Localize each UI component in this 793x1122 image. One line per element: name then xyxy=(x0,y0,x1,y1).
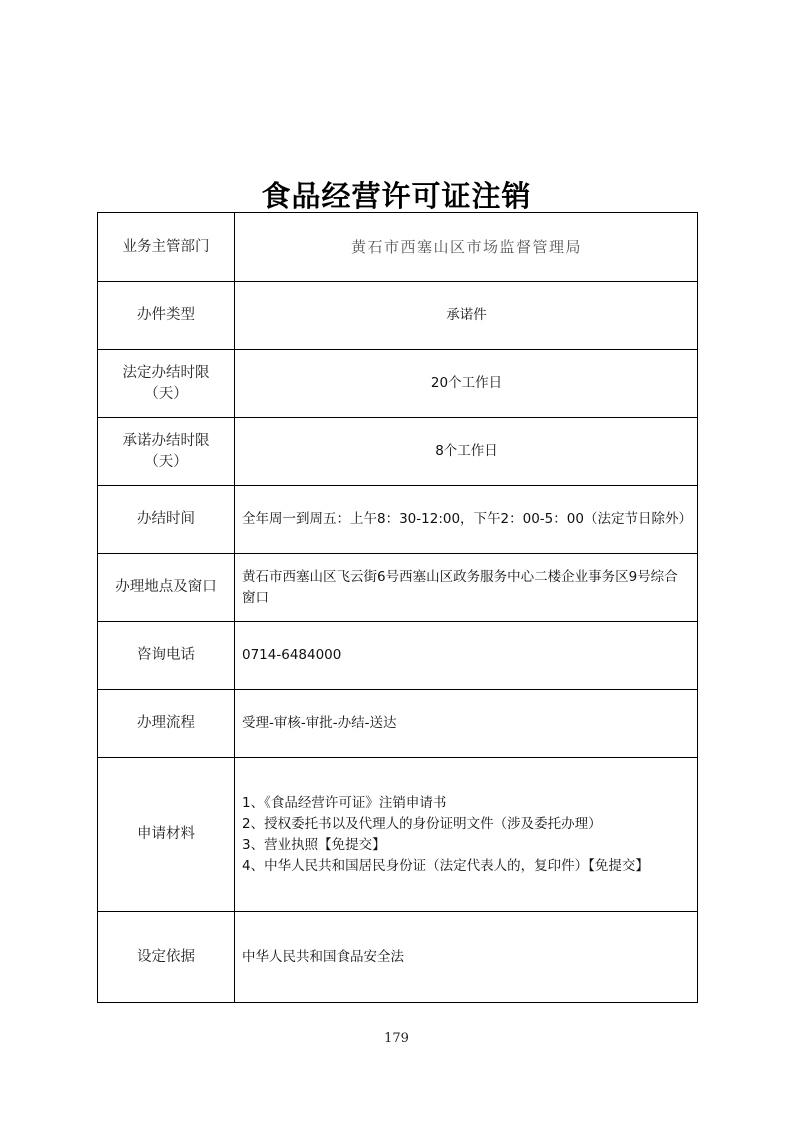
row-label: 法定办结时限（天） xyxy=(98,350,235,418)
table-row-case-type: 办件类型 承诺件 xyxy=(98,282,698,350)
row-value: 承诺件 xyxy=(235,282,698,350)
material-item: 3、营业执照【免提交】 xyxy=(242,835,691,856)
page-number: 179 xyxy=(0,1031,793,1046)
row-label: 办结时间 xyxy=(98,486,235,554)
row-value-list: 1、《食品经营许可证》注销申请书 2、授权委托书以及代理人的身份证明文件（涉及委… xyxy=(235,758,698,912)
row-label: 办件类型 xyxy=(98,282,235,350)
row-label-text: 承诺办结时限（天） xyxy=(116,431,216,473)
row-label: 承诺办结时限（天） xyxy=(98,418,235,486)
document-title: 食品经营许可证注销 xyxy=(0,174,793,215)
row-value: 黄石市西塞山区市场监督管理局 xyxy=(235,213,698,282)
material-item: 2、授权委托书以及代理人的身份证明文件（涉及委托办理） xyxy=(242,814,691,835)
table-row-phone: 咨询电话 0714-6484000 xyxy=(98,622,698,690)
material-item: 4、中华人民共和国居民身份证（法定代表人的，复印件）【免提交】 xyxy=(242,856,691,877)
row-value: 受理-审核-审批-办结-送达 xyxy=(235,690,698,758)
row-value: 0714-6484000 xyxy=(235,622,698,690)
row-label: 咨询电话 xyxy=(98,622,235,690)
table-row-promised-time-limit: 承诺办结时限（天） 8个工作日 xyxy=(98,418,698,486)
table-row-legal-basis: 设定依据 中华人民共和国食品安全法 xyxy=(98,912,698,1003)
table-row-legal-time-limit: 法定办结时限（天） 20个工作日 xyxy=(98,350,698,418)
row-label: 业务主管部门 xyxy=(98,213,235,282)
row-label: 设定依据 xyxy=(98,912,235,1003)
row-label: 办理地点及窗口 xyxy=(98,554,235,622)
row-label: 办理流程 xyxy=(98,690,235,758)
row-value: 8个工作日 xyxy=(235,418,698,486)
table-row-office-hours: 办结时间 全年周一到周五：上午8：30-12:00，下午2：00-5：00（法定… xyxy=(98,486,698,554)
table-row-location: 办理地点及窗口 黄石市西塞山区飞云街6号西塞山区政务服务中心二楼企业事务区9号综… xyxy=(98,554,698,622)
table-row-materials: 申请材料 1、《食品经营许可证》注销申请书 2、授权委托书以及代理人的身份证明文… xyxy=(98,758,698,912)
row-value: 中华人民共和国食品安全法 xyxy=(235,912,698,1003)
row-value: 黄石市西塞山区飞云街6号西塞山区政务服务中心二楼企业事务区9号综合窗口 xyxy=(235,554,698,622)
table-row-department: 业务主管部门 黄石市西塞山区市场监督管理局 xyxy=(98,213,698,282)
material-item: 1、《食品经营许可证》注销申请书 xyxy=(242,793,691,814)
table-row-process: 办理流程 受理-审核-审批-办结-送达 xyxy=(98,690,698,758)
service-info-table: 业务主管部门 黄石市西塞山区市场监督管理局 办件类型 承诺件 法定办结时限（天）… xyxy=(97,212,698,1003)
row-value: 全年周一到周五：上午8：30-12:00，下午2：00-5：00（法定节日除外） xyxy=(235,486,698,554)
row-value: 20个工作日 xyxy=(235,350,698,418)
row-label-text: 法定办结时限（天） xyxy=(116,363,216,405)
row-label: 申请材料 xyxy=(98,758,235,912)
